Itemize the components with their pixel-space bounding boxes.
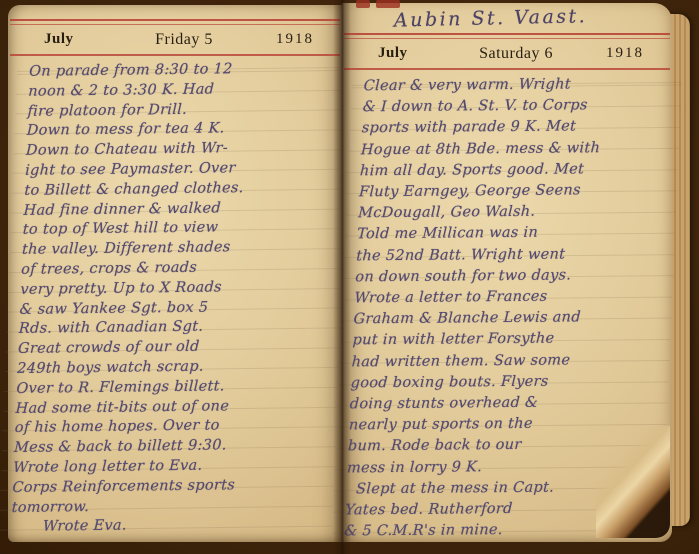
diary-line: bum. Rode back to our (347, 434, 662, 458)
diary-page-right: Aubin St. Vaast. July Saturday 6 1918 Cl… (342, 3, 672, 542)
diary-line: Clear & very warm. Wright (363, 73, 678, 97)
red-binding-mark (376, 0, 400, 8)
year-label: 1918 (584, 45, 644, 62)
diary-line: mess in lorry 9 K. (347, 455, 662, 479)
diary-line: Hogue at 8th Bde. mess & with (360, 137, 675, 161)
diary-line: good boxing bouts. Flyers (350, 370, 665, 394)
diary-line: Slept at the mess in Capt. (356, 477, 661, 501)
diary-scan: July Friday 5 1918 On parade from 8:30 t… (0, 0, 699, 554)
diary-line: Fluty Earngey, George Seens (359, 180, 674, 204)
location-heading: Aubin St. Vaast. (342, 3, 673, 36)
diary-line: nearly put sports on the (348, 413, 663, 437)
diary-entry-left: On parade from 8:30 to 12 noon & 2 to 3:… (0, 56, 352, 538)
page-top-margin (8, 5, 342, 19)
red-binding-mark (356, 0, 370, 8)
diary-line: Told me Millican was in (357, 222, 672, 246)
diary-line: doing stunts overhead & (349, 392, 664, 416)
diary-entry-right: Clear & very warm. Wright & I down to A.… (332, 70, 682, 543)
diary-line: Graham & Blanche Lewis and (353, 307, 668, 331)
diary-page-left: July Friday 5 1918 On parade from 8:30 t… (8, 5, 342, 542)
diary-line: sports with parade 9 K. Met (361, 116, 676, 140)
diary-line: Yates bed. Rutherford (345, 498, 660, 522)
day-label: Friday 5 (114, 31, 254, 49)
date-header-right: July Saturday 6 1918 (342, 39, 672, 68)
diary-line: McDougall, Geo Walsh. (358, 201, 673, 225)
month-label: July (378, 45, 448, 62)
year-label: 1918 (254, 31, 314, 48)
diary-line: on down south for two days. (355, 264, 670, 288)
diary-line: Wrote Eva. (42, 514, 329, 537)
diary-line: & I down to A. St. V. to Corps (362, 95, 677, 119)
diary-line: had written them. Saw some (351, 349, 666, 373)
diary-line: the 52nd Batt. Wright went (356, 243, 671, 267)
diary-line: him all day. Sports good. Met (359, 158, 674, 182)
date-header-left: July Friday 5 1918 (8, 25, 342, 54)
diary-line: put in with letter Forsythe (352, 328, 667, 352)
day-label: Saturday 6 (448, 45, 584, 63)
month-label: July (44, 31, 114, 48)
diary-line: Wrote a letter to Frances (354, 286, 669, 310)
diary-line: & 5 C.M.R's in mine. (344, 519, 659, 543)
